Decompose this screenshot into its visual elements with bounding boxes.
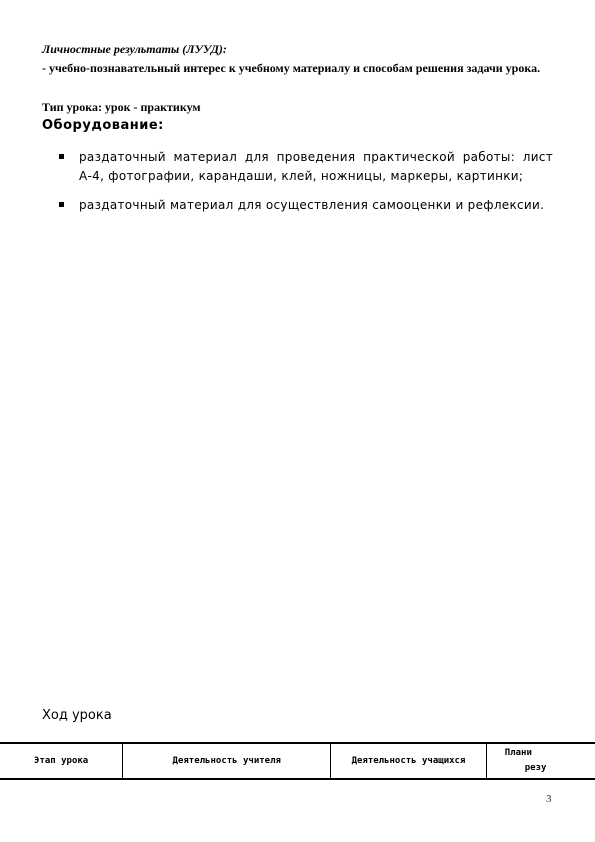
square-bullet-icon xyxy=(59,202,64,207)
lesson-plan-table: Этап урока Деятельность учителя Деятельн… xyxy=(0,742,595,780)
list-item: раздаточный материал для осуществления с… xyxy=(57,196,553,215)
equipment-item-text: раздаточный материал для проведения прак… xyxy=(79,150,553,183)
personal-results-heading: Личностные результаты (ЛУУД): xyxy=(42,41,227,58)
table-header-row: Этап урока Деятельность учителя Деятельн… xyxy=(0,743,595,779)
header-teacher-activity: Деятельность учителя xyxy=(123,743,331,779)
document-page: Личностные результаты (ЛУУД): - учебно-п… xyxy=(0,0,595,842)
page-number: 3 xyxy=(546,793,552,805)
equipment-item-text: раздаточный материал для осуществления с… xyxy=(79,198,544,212)
header-planned-results-line2: резу xyxy=(487,761,595,776)
list-item: раздаточный материал для проведения прак… xyxy=(57,148,553,186)
header-planned-results: Плани резу xyxy=(486,743,595,779)
equipment-list: раздаточный материал для проведения прак… xyxy=(57,148,553,225)
header-planned-results-line1: Плани xyxy=(487,746,595,761)
equipment-title: Оборудование: xyxy=(42,118,164,133)
header-student-activity: Деятельность учащихся xyxy=(331,743,487,779)
square-bullet-icon xyxy=(59,154,64,159)
header-lesson-stage: Этап урока xyxy=(0,743,123,779)
personal-results-text: - учебно-познавательный интерес к учебно… xyxy=(42,60,553,77)
lesson-course-heading: Ход урока xyxy=(42,708,112,723)
lesson-type: Тип урока: урок - практикум xyxy=(42,99,201,116)
